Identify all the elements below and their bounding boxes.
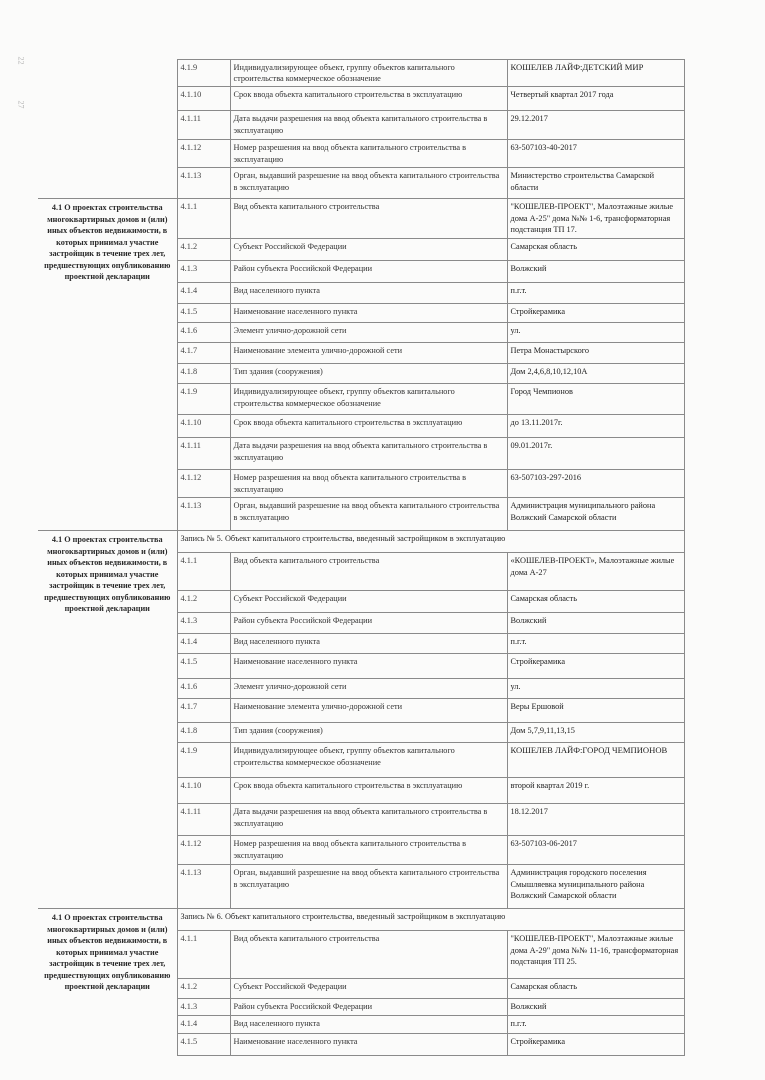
item-label: Наименование населенного пункта [230, 1034, 507, 1056]
item-value: КОШЕЛЕВ ЛАЙФ:ГОРОД ЧЕМПИОНОВ [507, 743, 684, 778]
margin-mark: 27 [17, 101, 26, 109]
item-number: 4.1.2 [177, 591, 230, 613]
item-number: 4.1.8 [177, 364, 230, 384]
item-value: Самарская область [507, 979, 684, 999]
item-value: Четвертый квартал 2017 года [507, 87, 684, 111]
item-value: Волжский [507, 613, 684, 634]
item-label: Субъект Российской Федерации [230, 239, 507, 261]
item-value: Дом 5,7,9,11,13,15 [507, 723, 684, 743]
item-number: 4.1.1 [177, 553, 230, 591]
margin-mark: 22 [17, 57, 26, 65]
item-number: 4.1.11 [177, 804, 230, 836]
item-value: п.г.т. [507, 1016, 684, 1034]
record-title-row: 4.1 О проектах строительства многокварти… [38, 531, 684, 553]
item-label: Элемент улично-дорожной сети [230, 679, 507, 699]
item-number: 4.1.10 [177, 778, 230, 804]
item-label: Наименование элемента улично-дорожной се… [230, 699, 507, 723]
item-number: 4.1.5 [177, 654, 230, 679]
item-value: 63-507103-06-2017 [507, 836, 684, 865]
item-value: Администрация городского поселения Смышл… [507, 865, 684, 909]
item-value: второй квартал 2019 г. [507, 778, 684, 804]
item-number: 4.1.13 [177, 865, 230, 909]
item-label: Номер разрешения на ввод объекта капитал… [230, 836, 507, 865]
item-label: Субъект Российской Федерации [230, 979, 507, 999]
item-label: Тип здания (сооружения) [230, 364, 507, 384]
item-number: 4.1.1 [177, 931, 230, 979]
section-heading: 4.1 О проектах строительства многокварти… [38, 199, 177, 531]
item-value: 63-507103-40-2017 [507, 140, 684, 168]
item-value: Город Чемпионов [507, 384, 684, 415]
record-title: Запись № 6. Объект капитального строител… [177, 909, 684, 931]
item-label: Номер разрешения на ввод объекта капитал… [230, 140, 507, 168]
item-label: Элемент улично-дорожной сети [230, 323, 507, 343]
item-label: Вид объекта капитального строительства [230, 553, 507, 591]
item-number: 4.1.7 [177, 343, 230, 364]
item-number: 4.1.9 [177, 743, 230, 778]
item-label: Дата выдачи разрешения на ввод объекта к… [230, 438, 507, 470]
item-number: 4.1.1 [177, 199, 230, 239]
record-title: Запись № 5. Объект капитального строител… [177, 531, 684, 553]
item-value: 29.12.2017 [507, 111, 684, 140]
item-value: Самарская область [507, 239, 684, 261]
item-number: 4.1.9 [177, 60, 230, 87]
item-value: Стройкерамика [507, 304, 684, 323]
section-column-blank [38, 60, 177, 199]
item-number: 4.1.13 [177, 168, 230, 199]
item-value: ул. [507, 323, 684, 343]
item-value: п.г.т. [507, 634, 684, 654]
item-number: 4.1.5 [177, 1034, 230, 1056]
item-value: Волжский [507, 261, 684, 283]
item-number: 4.1.11 [177, 438, 230, 470]
item-label: Субъект Российской Федерации [230, 591, 507, 613]
item-value: Веры Ершовой [507, 699, 684, 723]
item-number: 4.1.11 [177, 111, 230, 140]
item-label: Вид населенного пункта [230, 634, 507, 654]
item-label: Срок ввода объекта капитального строител… [230, 778, 507, 804]
item-number: 4.1.6 [177, 679, 230, 699]
item-label: Район субъекта Российской Федерации [230, 613, 507, 634]
item-number: 4.1.4 [177, 283, 230, 304]
item-number: 4.1.4 [177, 634, 230, 654]
item-number: 4.1.4 [177, 1016, 230, 1034]
item-number: 4.1.8 [177, 723, 230, 743]
item-label: Дата выдачи разрешения на ввод объекта к… [230, 111, 507, 140]
item-number: 4.1.12 [177, 140, 230, 168]
item-value: ул. [507, 679, 684, 699]
item-label: Вид населенного пункта [230, 283, 507, 304]
item-label: Орган, выдавший разрешение на ввод объек… [230, 168, 507, 199]
item-number: 4.1.3 [177, 613, 230, 634]
item-value: «КОШЕЛЕВ-ПРОЕКТ», Малоэтажные жилые дома… [507, 553, 684, 591]
item-number: 4.1.5 [177, 304, 230, 323]
item-label: Наименование населенного пункта [230, 654, 507, 679]
item-label: Индивидуализирующее объект, группу объек… [230, 743, 507, 778]
item-label: Вид населенного пункта [230, 1016, 507, 1034]
item-value: КОШЕЛЕВ ЛАЙФ:ДЕТСКИЙ МИР [507, 60, 684, 87]
item-number: 4.1.12 [177, 836, 230, 865]
item-label: Дата выдачи разрешения на ввод объекта к… [230, 804, 507, 836]
item-number: 4.1.3 [177, 999, 230, 1016]
item-label: Наименование элемента улично-дорожной се… [230, 343, 507, 364]
item-number: 4.1.13 [177, 498, 230, 531]
section-heading: 4.1 О проектах строительства многокварти… [38, 909, 177, 1056]
item-value: "КОШЕЛЕВ-ПРОЕКТ", Малоэтажные жилые дома… [507, 931, 684, 979]
item-label: Наименование населенного пункта [230, 304, 507, 323]
table-row: 4.1.9Индивидуализирующее объект, группу … [38, 60, 684, 87]
item-number: 4.1.6 [177, 323, 230, 343]
item-label: Индивидуализирующее объект, группу объек… [230, 384, 507, 415]
item-value: Администрация муниципального района Волж… [507, 498, 684, 531]
item-value: Петра Монастырского [507, 343, 684, 364]
item-value: Самарская область [507, 591, 684, 613]
item-label: Срок ввода объекта капитального строител… [230, 415, 507, 438]
item-number: 4.1.12 [177, 470, 230, 498]
section-heading: 4.1 О проектах строительства многокварти… [38, 531, 177, 909]
item-label: Район субъекта Российской Федерации [230, 999, 507, 1016]
item-value: Стройкерамика [507, 654, 684, 679]
table-row: 4.1 О проектах строительства многокварти… [38, 199, 684, 239]
item-value: Министерство строительства Самарской обл… [507, 168, 684, 199]
item-number: 4.1.3 [177, 261, 230, 283]
item-value: до 13.11.2017г. [507, 415, 684, 438]
item-value: Стройкерамика [507, 1034, 684, 1056]
item-number: 4.1.9 [177, 384, 230, 415]
item-value: 18.12.2017 [507, 804, 684, 836]
item-label: Срок ввода объекта капитального строител… [230, 87, 507, 111]
item-value: 63-507103-297-2016 [507, 470, 684, 498]
item-number: 4.1.7 [177, 699, 230, 723]
item-label: Орган, выдавший разрешение на ввод объек… [230, 498, 507, 531]
item-value: Дом 2,4,6,8,10,12,10А [507, 364, 684, 384]
item-label: Вид объекта капитального строительства [230, 199, 507, 239]
item-label: Район субъекта Российской Федерации [230, 261, 507, 283]
item-value: Волжский [507, 999, 684, 1016]
item-number: 4.1.2 [177, 239, 230, 261]
item-label: Вид объекта капитального строительства [230, 931, 507, 979]
item-value: 09.01.2017г. [507, 438, 684, 470]
record-title-row: 4.1 О проектах строительства многокварти… [38, 909, 684, 931]
item-label: Номер разрешения на ввод объекта капитал… [230, 470, 507, 498]
item-value: п.г.т. [507, 283, 684, 304]
item-number: 4.1.10 [177, 415, 230, 438]
item-number: 4.1.2 [177, 979, 230, 999]
item-value: "КОШЕЛЕВ-ПРОЕКТ", Малоэтажные жилые дома… [507, 199, 684, 239]
item-label: Орган, выдавший разрешение на ввод объек… [230, 865, 507, 909]
item-number: 4.1.10 [177, 87, 230, 111]
item-label: Тип здания (сооружения) [230, 723, 507, 743]
declaration-table: 4.1.9Индивидуализирующее объект, группу … [38, 59, 685, 1056]
item-label: Индивидуализирующее объект, группу объек… [230, 60, 507, 87]
